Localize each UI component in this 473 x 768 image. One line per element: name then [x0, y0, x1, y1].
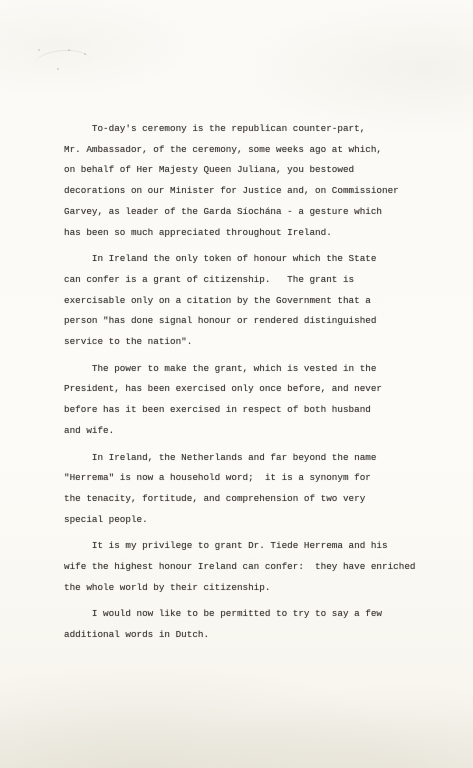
document-page: To-day's ceremony is the republican coun…: [0, 0, 473, 768]
text-line: President, has been exercised only once …: [64, 379, 424, 400]
text-line: The power to make the grant, which is ve…: [64, 359, 424, 380]
text-line: can confer is a grant of citizenship. Th…: [64, 270, 424, 291]
text-line: the tenacity, fortitude, and comprehensi…: [64, 489, 424, 510]
paragraph-5: It is my privilege to grant Dr. Tiede He…: [64, 536, 424, 598]
text-line: special people.: [64, 510, 424, 531]
paragraph-3: The power to make the grant, which is ve…: [64, 359, 424, 442]
typewritten-text: To-day's ceremony is the republican coun…: [64, 119, 424, 652]
text-line: person "has done signal honour or render…: [64, 311, 424, 332]
text-line: To-day's ceremony is the republican coun…: [64, 119, 424, 140]
text-line: and wife.: [64, 421, 424, 442]
text-line: service to the nation".: [64, 332, 424, 353]
text-line: I would now like to be permitted to try …: [64, 604, 424, 625]
text-line: before has it been exercised in respect …: [64, 400, 424, 421]
text-line: additional words in Dutch.: [64, 625, 424, 646]
paragraph-4: In Ireland, the Netherlands and far beyo…: [64, 448, 424, 531]
text-line: "Herrema" is now a household word; it is…: [64, 468, 424, 489]
text-line: Garvey, as leader of the Garda Síochána …: [64, 202, 424, 223]
text-line: has been so much appreciated throughout …: [64, 223, 424, 244]
paragraph-2: In Ireland the only token of honour whic…: [64, 249, 424, 353]
text-line: In Ireland, the Netherlands and far beyo…: [64, 448, 424, 469]
text-line: decorations on our Minister for Justice …: [64, 181, 424, 202]
text-line: In Ireland the only token of honour whic…: [64, 249, 424, 270]
text-line: exercisable only on a citation by the Go…: [64, 291, 424, 312]
text-line: Mr. Ambassador, of the ceremony, some we…: [64, 140, 424, 161]
text-line: It is my privilege to grant Dr. Tiede He…: [64, 536, 424, 557]
text-line: the whole world by their citizenship.: [64, 578, 424, 599]
text-line: on behalf of Her Majesty Queen Juliana, …: [64, 160, 424, 181]
text-line: wife the highest honour Ireland can conf…: [64, 557, 424, 578]
paragraph-6: I would now like to be permitted to try …: [64, 604, 424, 645]
paragraph-1: To-day's ceremony is the republican coun…: [64, 119, 424, 243]
